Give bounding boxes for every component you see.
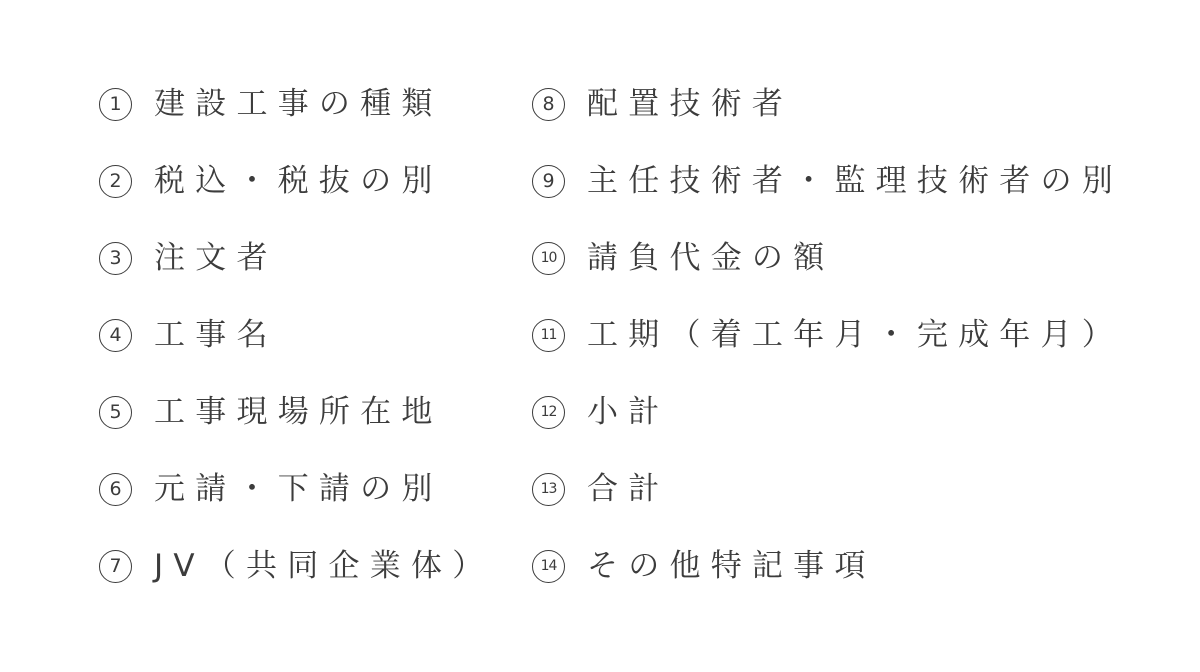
circled-number-icon: 10 xyxy=(532,242,565,275)
item-label: 小計 xyxy=(587,395,669,429)
list-item-8: 8 配置技術者 xyxy=(532,87,1123,121)
circled-number-icon: 12 xyxy=(532,396,565,429)
list-item-12: 12 小計 xyxy=(532,395,1123,429)
item-label: 配置技術者 xyxy=(587,87,793,121)
item-label: 工事現場所在地 xyxy=(154,395,443,429)
page: 1 建設工事の種類 2 税込・税抜の別 3 注文者 4 工事名 5 工事現場所在… xyxy=(0,0,1200,672)
item-label: 注文者 xyxy=(154,241,278,275)
circled-number-icon: 1 xyxy=(99,88,132,121)
list-item-2: 2 税込・税抜の別 xyxy=(99,164,532,198)
circled-number-icon: 9 xyxy=(532,165,565,198)
item-label: 工事名 xyxy=(154,318,278,352)
item-label: 主任技術者・監理技術者の別 xyxy=(587,164,1123,198)
list-item-11: 11 工期（着工年月・完成年月） xyxy=(532,318,1123,352)
list-item-14: 14 その他特記事項 xyxy=(532,549,1123,583)
circled-number-icon: 5 xyxy=(99,396,132,429)
circled-number-icon: 4 xyxy=(99,319,132,352)
item-label: 税込・税抜の別 xyxy=(154,164,443,198)
circled-number-icon: 14 xyxy=(532,550,565,583)
circled-number-icon: 7 xyxy=(99,550,132,583)
list-item-5: 5 工事現場所在地 xyxy=(99,395,532,429)
circled-number-icon: 8 xyxy=(532,88,565,121)
list-item-3: 3 注文者 xyxy=(99,241,532,275)
item-label: 工期（着工年月・完成年月） xyxy=(587,318,1123,352)
item-label: その他特記事項 xyxy=(587,549,876,583)
list-item-7: 7 JV（共同企業体） xyxy=(99,549,532,583)
list-columns: 1 建設工事の種類 2 税込・税抜の別 3 注文者 4 工事名 5 工事現場所在… xyxy=(99,87,1123,626)
list-item-13: 13 合計 xyxy=(532,472,1123,506)
list-item-4: 4 工事名 xyxy=(99,318,532,352)
list-column-right: 8 配置技術者 9 主任技術者・監理技術者の別 10 請負代金の額 11 工期（… xyxy=(532,87,1123,626)
item-label: 元請・下請の別 xyxy=(154,472,443,506)
item-label: 請負代金の額 xyxy=(587,241,834,275)
list-item-9: 9 主任技術者・監理技術者の別 xyxy=(532,164,1123,198)
list-item-10: 10 請負代金の額 xyxy=(532,241,1123,275)
item-label: 合計 xyxy=(587,472,669,506)
list-item-6: 6 元請・下請の別 xyxy=(99,472,532,506)
item-label: JV（共同企業体） xyxy=(154,549,493,583)
circled-number-icon: 13 xyxy=(532,473,565,506)
list-column-left: 1 建設工事の種類 2 税込・税抜の別 3 注文者 4 工事名 5 工事現場所在… xyxy=(99,87,532,626)
circled-number-icon: 2 xyxy=(99,165,132,198)
item-label: 建設工事の種類 xyxy=(154,87,443,121)
circled-number-icon: 3 xyxy=(99,242,132,275)
circled-number-icon: 6 xyxy=(99,473,132,506)
circled-number-icon: 11 xyxy=(532,319,565,352)
list-item-1: 1 建設工事の種類 xyxy=(99,87,532,121)
